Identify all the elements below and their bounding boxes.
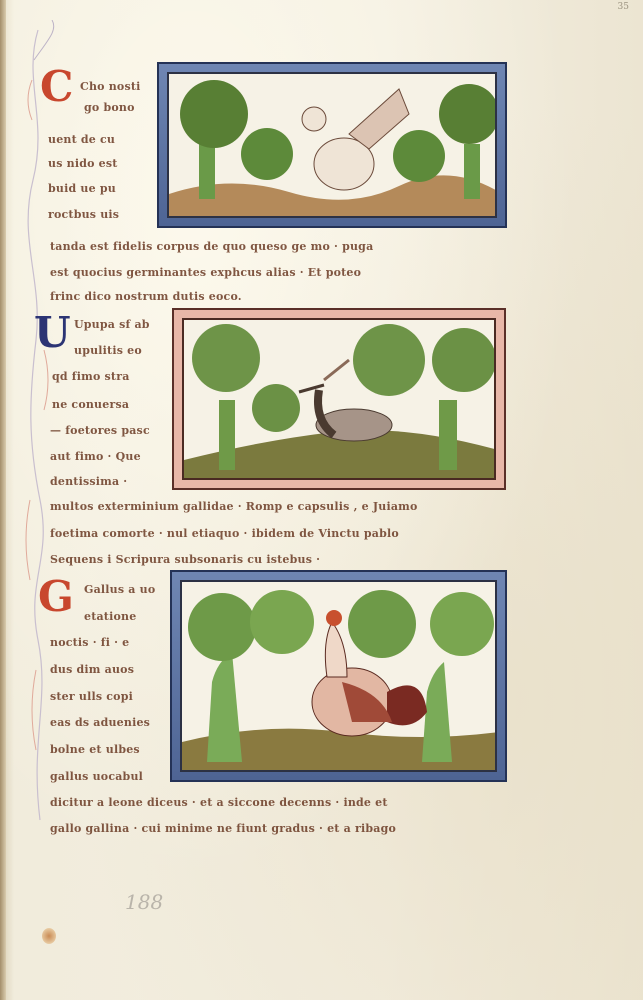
text-line: bolne et ulbes bbox=[50, 743, 140, 757]
parchment-stain bbox=[42, 928, 56, 944]
text-line: noctis · fi · e bbox=[50, 636, 129, 650]
text-line: etatione bbox=[84, 610, 136, 624]
margin-pencil-annotation: 188 bbox=[125, 890, 163, 914]
text-line: gallus uocabul bbox=[50, 770, 143, 784]
text-line: dus dim auos bbox=[50, 663, 134, 677]
text-line: qd fimo stra bbox=[52, 370, 130, 384]
text-line: — foetores pasc bbox=[50, 424, 150, 438]
folio-number: 35 bbox=[618, 2, 629, 12]
text-line: uent de cu bbox=[48, 133, 115, 147]
page-gutter bbox=[0, 0, 6, 1000]
miniature-bird-wings-raised bbox=[157, 62, 507, 228]
text-line: frinc dico nostrum dutis eoco. bbox=[50, 290, 242, 304]
text-line: Cho nosti bbox=[80, 80, 141, 94]
initial-letter-g: G bbox=[38, 576, 74, 618]
text-line: ster ulls copi bbox=[50, 690, 133, 704]
text-line: Upupa sf ab bbox=[74, 318, 150, 332]
text-line: dentissima · bbox=[50, 475, 127, 489]
text-line: dicitur a leone diceus · et a siccone de… bbox=[50, 796, 388, 810]
text-line: aut fimo · Que bbox=[50, 450, 141, 464]
text-line: Gallus a uo bbox=[84, 583, 155, 597]
text-line: Sequens i Scripura subsonaris cu istebus… bbox=[50, 553, 320, 567]
text-line: est quocius germinantes exphcus alias · … bbox=[50, 266, 361, 280]
text-line: eas ds aduenies bbox=[50, 716, 150, 730]
miniature-hoopoe-bird bbox=[172, 308, 506, 490]
text-line: ne conuersa bbox=[52, 398, 129, 412]
text-line: go bono bbox=[84, 101, 135, 115]
initial-letter-c: C bbox=[40, 66, 73, 108]
text-line: us nido est bbox=[48, 157, 118, 171]
manuscript-page: 35 C Cho nosti go bono uent de cu us nid… bbox=[0, 0, 643, 1000]
initial-letter-u: U bbox=[34, 312, 71, 354]
text-line: foetima comorte · nul etiaquo · ibidem d… bbox=[50, 527, 399, 541]
text-line: roctbus uis bbox=[48, 208, 119, 222]
text-line: tanda est fidelis corpus de quo queso ge… bbox=[50, 240, 373, 254]
text-line: gallo gallina · cui minime ne fiunt grad… bbox=[50, 822, 396, 836]
text-line: multos exterminium gallidae · Romp e cap… bbox=[50, 500, 418, 514]
text-line: buid ue pu bbox=[48, 182, 116, 196]
text-line: upulitis eo bbox=[74, 344, 142, 358]
miniature-rooster bbox=[170, 570, 507, 782]
